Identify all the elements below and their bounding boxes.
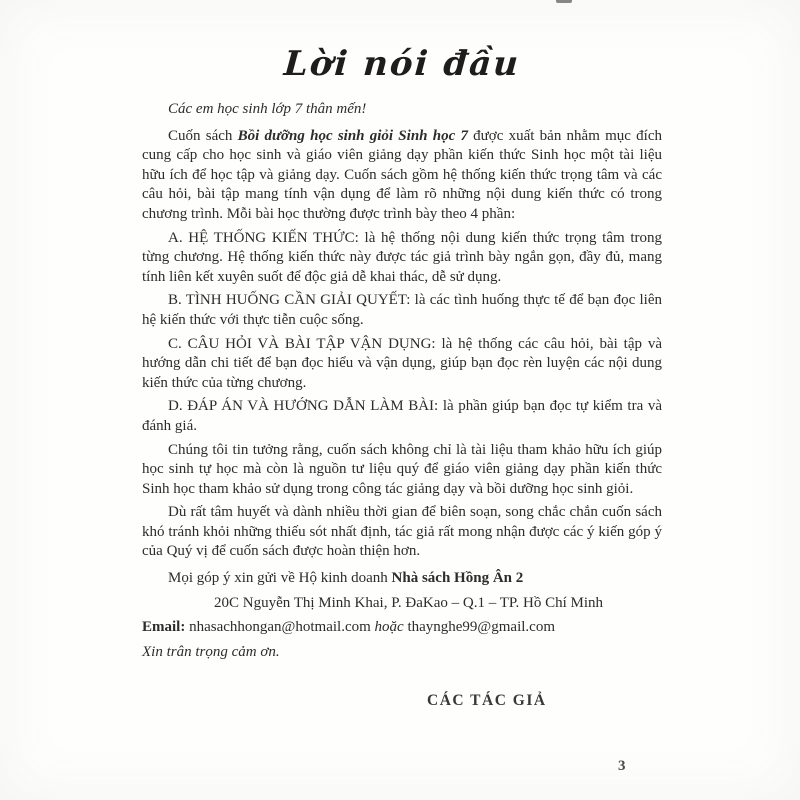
email-secondary: thaynghe99@gmail.com [404, 619, 555, 635]
authors-signature: CÁC TÁC GIẢ [427, 691, 662, 711]
section-a-label: A. HỆ THỐNG KIẾN THỨC: [168, 230, 359, 246]
feedback-line: Mọi góp ý xin gửi về Hộ kinh doanh Nhà s… [142, 569, 662, 589]
apology-paragraph: Dù rất tâm huyết và dành nhiều thời gian… [142, 503, 662, 562]
feedback-pre-text: Mọi góp ý xin gửi về Hộ kinh doanh [168, 570, 392, 586]
page-title: Lời nói đầu [141, 44, 664, 84]
store-name: Nhà sách Hồng Ân 2 [392, 570, 524, 586]
confidence-paragraph: Chúng tôi tin tưởng rằng, cuốn sách khôn… [142, 441, 662, 500]
section-c-paragraph: C. CÂU HỎI VÀ BÀI TẬP VẬN DỤNG: là hệ th… [142, 335, 662, 394]
page-content: Lời nói đầu Các em học sinh lớp 7 thân m… [142, 44, 662, 711]
book-page: Lời nói đầu Các em học sinh lớp 7 thân m… [0, 0, 800, 800]
intro-paragraph: Cuốn sách Bồi dưỡng học sinh giỏi Sinh h… [142, 127, 662, 225]
section-c-label: C. CÂU HỎI VÀ BÀI TẬP VẬN DỤNG: [168, 336, 436, 352]
page-number: 3 [618, 758, 626, 775]
book-title-inline: Bồi dưỡng học sinh giỏi Sinh học 7 [238, 128, 468, 144]
section-d-label: D. ĐÁP ÁN VÀ HƯỚNG DẪN LÀM BÀI: [168, 398, 438, 414]
greeting-line: Các em học sinh lớp 7 thân mến! [142, 100, 662, 120]
intro-pre-text: Cuốn sách [168, 128, 238, 144]
email-label: Email: [142, 619, 185, 635]
email-line: Email: nhasachhongan@hotmail.com hoặc th… [142, 618, 662, 638]
scan-artifact-mark [556, 0, 572, 3]
address-line: 20C Nguyễn Thị Minh Khai, P. ĐaKao – Q.1… [142, 594, 662, 614]
section-b-label: B. TÌNH HUỐNG CẦN GIẢI QUYẾT: [168, 292, 410, 308]
thanks-line: Xin trân trọng cảm ơn. [142, 643, 662, 663]
email-separator: hoặc [375, 619, 404, 635]
section-a-paragraph: A. HỆ THỐNG KIẾN THỨC: là hệ thống nội d… [142, 229, 662, 288]
section-d-paragraph: D. ĐÁP ÁN VÀ HƯỚNG DẪN LÀM BÀI: là phần … [142, 397, 662, 436]
email-primary: nhasachhongan@hotmail.com [185, 619, 374, 635]
section-b-paragraph: B. TÌNH HUỐNG CẦN GIẢI QUYẾT: là các tìn… [142, 291, 662, 330]
